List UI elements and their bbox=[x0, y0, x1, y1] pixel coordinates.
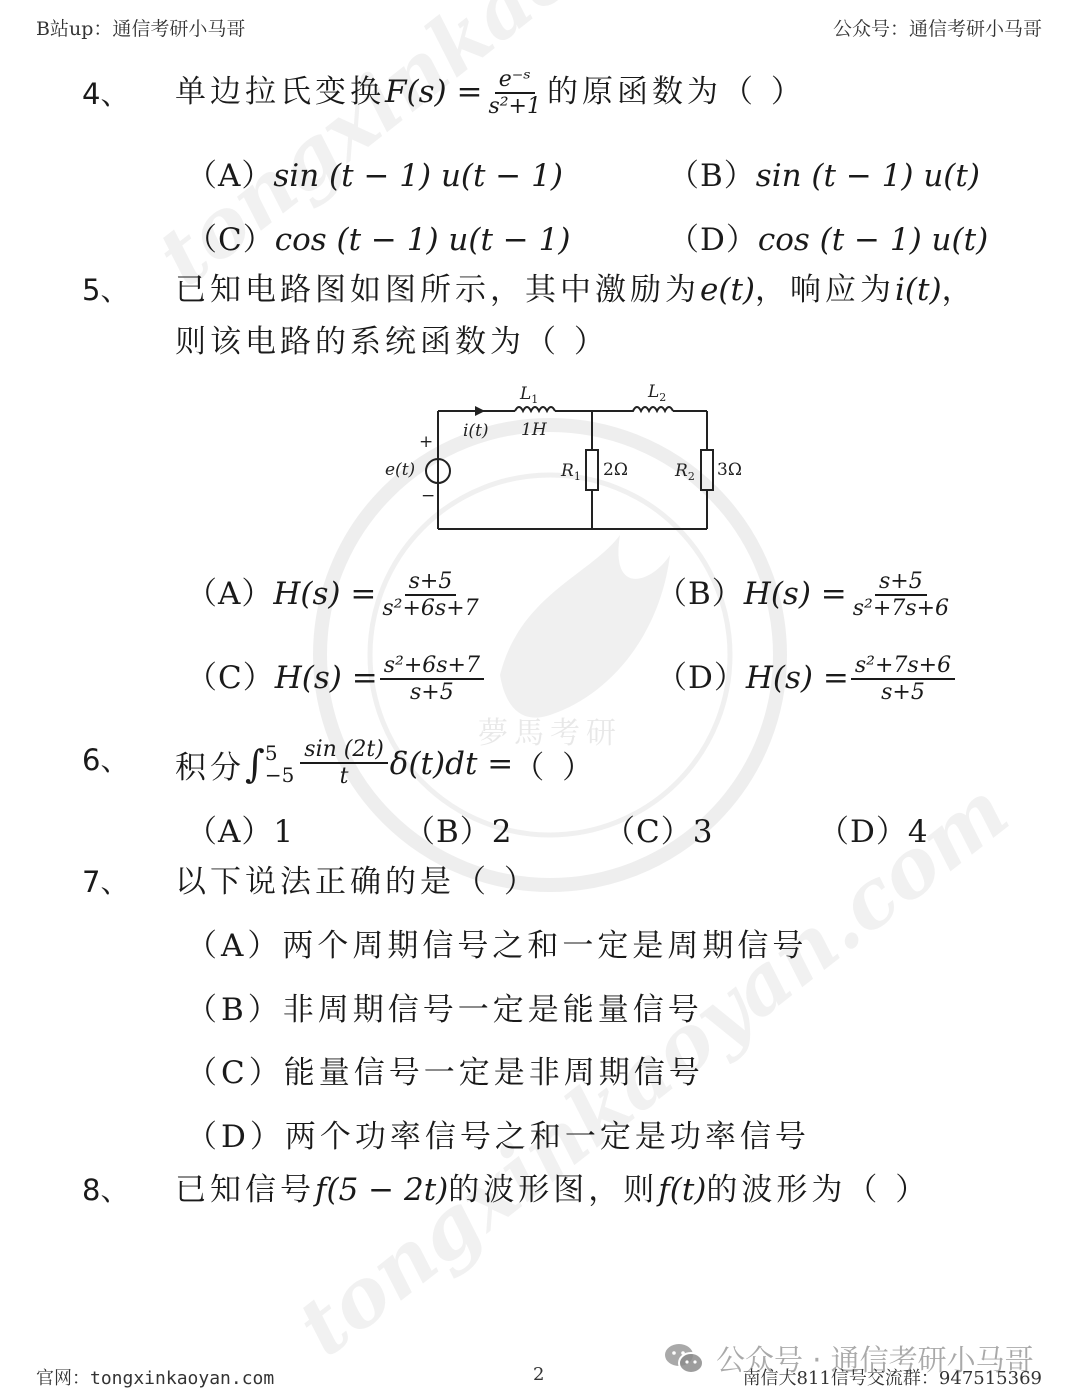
fraction-denominator: s²+7s+6 bbox=[849, 596, 953, 622]
header-left: B站up：通信考研小马哥 bbox=[36, 14, 245, 41]
option-label: （C） bbox=[186, 660, 275, 696]
option-text: cos (t − 1) u(t) bbox=[758, 222, 988, 258]
L2-label: L2 bbox=[647, 382, 666, 404]
option-label: （D） bbox=[668, 222, 758, 258]
q5-text: 已知电路图如图所示，其中激励为 bbox=[175, 272, 700, 308]
q5-excitation: e(t) bbox=[700, 272, 755, 308]
q4-option-a: （A）sin (t − 1) u(t − 1) bbox=[186, 150, 563, 195]
option-text: 两个功率信号之和一定是功率信号 bbox=[285, 1119, 810, 1155]
q7-option-a: （A）两个周期信号之和一定是周期信号 bbox=[186, 920, 807, 965]
q6-fraction: sin (2t)t bbox=[300, 738, 388, 790]
integral-upper-limit: 5 bbox=[265, 742, 294, 764]
q6-option-d: （D）4 bbox=[818, 806, 929, 851]
option-text: 非周期信号一定是能量信号 bbox=[283, 992, 703, 1028]
header-right: 公众号：通信考研小马哥 bbox=[833, 14, 1042, 41]
option-label: （B） bbox=[186, 992, 283, 1028]
question-8-number: 8、 bbox=[82, 1168, 129, 1209]
option-label: （A） bbox=[186, 158, 273, 194]
q4-formula-lhs: F(s) = bbox=[385, 74, 482, 110]
option-label: （C） bbox=[604, 814, 693, 850]
wechat-icon bbox=[664, 1342, 706, 1376]
q6-suffix: （ ） bbox=[513, 742, 597, 787]
question-5-stem-line1: 已知电路图如图所示，其中激励为e(t)，响应为i(t)， bbox=[175, 264, 977, 309]
option-label: （A） bbox=[186, 576, 273, 612]
source-label: e(t) bbox=[385, 460, 415, 480]
question-6-stem: 积分 ∫ 5 −5 sin (2t)t δ(t)dt = （ ） bbox=[175, 738, 597, 790]
q6-fraction-denominator: t bbox=[336, 764, 353, 790]
option-text: 两个周期信号之和一定是周期信号 bbox=[282, 928, 807, 964]
option-label: （C） bbox=[186, 222, 275, 258]
q7-option-b: （B）非周期信号一定是能量信号 bbox=[186, 984, 703, 1029]
option-lhs: H(s) = bbox=[746, 660, 849, 696]
q5-option-d: （D）H(s) =s²+7s+6s+5 bbox=[656, 652, 957, 706]
option-text: 能量信号一定是非周期信号 bbox=[284, 1055, 704, 1091]
R2-value: 3Ω bbox=[717, 460, 742, 480]
q7-option-c: （C）能量信号一定是非周期信号 bbox=[186, 1047, 704, 1092]
q4-fraction-denominator: s²+1 bbox=[484, 94, 545, 120]
plus-sign: + bbox=[419, 432, 433, 452]
option-fraction: s+5s²+7s+6 bbox=[849, 570, 953, 622]
option-fraction: s²+6s+7s+5 bbox=[380, 654, 484, 706]
q6-integrand: δ(t)dt = bbox=[390, 746, 513, 782]
q8-mid: 的波形图，则 bbox=[448, 1172, 658, 1208]
option-text: 3 bbox=[693, 814, 714, 850]
footer-group: 南信大811信号交流群：947515369 bbox=[743, 1364, 1042, 1390]
option-fraction: s+5s²+6s+7 bbox=[378, 570, 482, 622]
q5-text: ， bbox=[942, 272, 977, 308]
option-text: 4 bbox=[908, 814, 929, 850]
q4-suffix: 的原函数为（ ） bbox=[547, 74, 806, 110]
question-8-stem: 已知信号f(5 − 2t)的波形图，则f(t)的波形为（ ） bbox=[175, 1164, 930, 1209]
q6-option-a: （A）1 bbox=[186, 806, 294, 851]
option-label: （B） bbox=[404, 814, 492, 850]
fraction-numerator: s²+6s+7 bbox=[380, 654, 484, 680]
q6-fraction-numerator: sin (2t) bbox=[300, 738, 388, 764]
q5-text: ，响应为 bbox=[755, 272, 895, 308]
option-lhs: H(s) = bbox=[275, 660, 378, 696]
fraction-denominator: s+5 bbox=[406, 680, 458, 706]
fraction-denominator: s²+6s+7 bbox=[378, 596, 482, 622]
page-number: 2 bbox=[533, 1364, 544, 1385]
q4-option-b: （B）sin (t − 1) u(t) bbox=[668, 150, 980, 195]
q6-prefix: 积分 bbox=[175, 742, 245, 787]
q4-fraction: e⁻ˢs²+1 bbox=[484, 68, 545, 120]
option-label: （A） bbox=[186, 928, 282, 964]
q4-fraction-numerator: e⁻ˢ bbox=[495, 68, 535, 94]
q8-suffix: 的波形为（ ） bbox=[706, 1172, 930, 1208]
option-label: （C） bbox=[186, 1055, 284, 1091]
question-7-number: 7、 bbox=[82, 860, 129, 901]
R1-value: 2Ω bbox=[603, 460, 628, 480]
q7-option-d: （D）两个功率信号之和一定是功率信号 bbox=[186, 1111, 810, 1156]
question-4-number: 4、 bbox=[82, 72, 129, 113]
fraction-numerator: s+5 bbox=[875, 570, 927, 596]
option-text: sin (t − 1) u(t − 1) bbox=[273, 158, 563, 194]
option-text: sin (t − 1) u(t) bbox=[756, 158, 980, 194]
integral-sign: ∫ bbox=[245, 742, 265, 786]
q5-option-c: （C）H(s) =s²+6s+7s+5 bbox=[186, 652, 486, 706]
integral-lower-limit: −5 bbox=[265, 764, 294, 786]
current-label: i(t) bbox=[463, 421, 489, 441]
q4-option-d: （D）cos (t − 1) u(t) bbox=[668, 214, 988, 259]
q5-response: i(t) bbox=[895, 272, 942, 308]
option-label: （D） bbox=[656, 660, 746, 696]
question-7-stem: 以下说法正确的是（ ） bbox=[175, 856, 539, 901]
fraction-denominator: s+5 bbox=[877, 680, 929, 706]
question-5-stem-line2: 则该电路的系统函数为（ ） bbox=[175, 316, 609, 361]
option-lhs: H(s) = bbox=[744, 576, 847, 612]
q4-option-c: （C）cos (t − 1) u(t − 1) bbox=[186, 214, 570, 259]
q8-prefix: 已知信号 bbox=[175, 1172, 315, 1208]
question-6-number: 6、 bbox=[82, 738, 129, 779]
q6-option-b: （B）2 bbox=[404, 806, 513, 851]
option-label: （D） bbox=[186, 1119, 285, 1155]
L1-label: L1 bbox=[519, 384, 538, 406]
option-text: 2 bbox=[492, 814, 513, 850]
fraction-numerator: s²+7s+6 bbox=[851, 654, 955, 680]
q8-math-1: f(5 − 2t) bbox=[315, 1172, 448, 1208]
minus-sign: − bbox=[421, 486, 435, 506]
option-text: 1 bbox=[273, 814, 294, 850]
question-4-stem: 单边拉氏变换F(s) =e⁻ˢs²+1的原函数为（ ） bbox=[175, 66, 806, 120]
option-text: cos (t − 1) u(t − 1) bbox=[275, 222, 571, 258]
footer-website: 官网：tongxinkaoyan.com bbox=[36, 1364, 274, 1390]
option-lhs: H(s) = bbox=[273, 576, 376, 612]
option-fraction: s²+7s+6s+5 bbox=[851, 654, 955, 706]
option-label: （B） bbox=[668, 158, 756, 194]
q4-prefix: 单边拉氏变换 bbox=[175, 74, 385, 110]
option-label: （A） bbox=[186, 814, 273, 850]
option-label: （B） bbox=[656, 576, 744, 612]
q6-option-c: （C）3 bbox=[604, 806, 713, 851]
L1-value: 1H bbox=[521, 420, 548, 440]
fraction-numerator: s+5 bbox=[405, 570, 457, 596]
R2-label: R2 bbox=[674, 461, 695, 483]
q8-math-2: f(t) bbox=[658, 1172, 706, 1208]
q5-option-b: （B）H(s) =s+5s²+7s+6 bbox=[656, 568, 955, 622]
R1-label: R1 bbox=[560, 461, 581, 483]
circuit-diagram: L1 L2 i(t) 1H + − e(t) R1 2Ω R2 3Ω bbox=[375, 375, 775, 540]
option-label: （D） bbox=[818, 814, 908, 850]
q5-option-a: （A）H(s) =s+5s²+6s+7 bbox=[186, 568, 485, 622]
question-5-number: 5、 bbox=[82, 268, 129, 309]
